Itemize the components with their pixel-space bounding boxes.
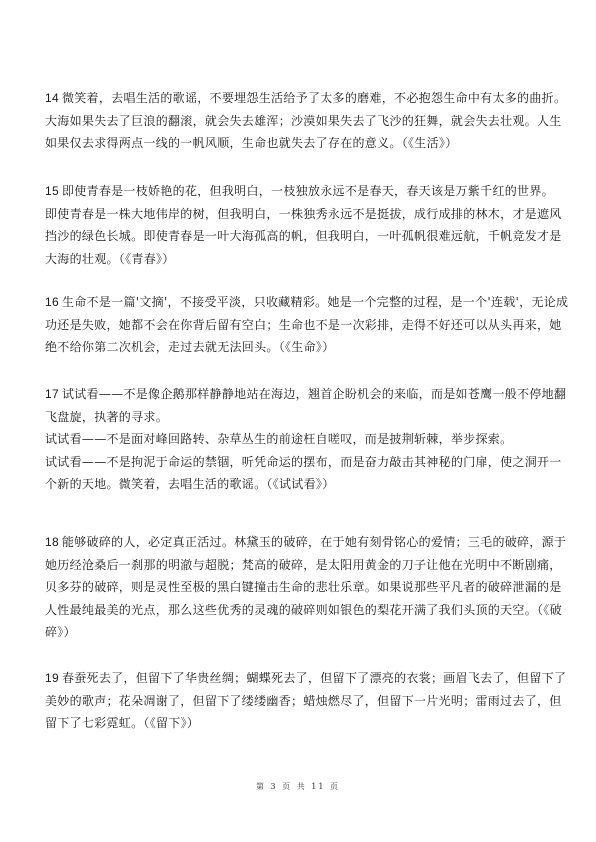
paragraph-line: 即使青春是一株大地伟岸的树，但我明白，一株独秀永远不是挺拔，成行成排的林木，才是… (45, 203, 551, 226)
page-footer: 第 3 页 共 11 页 (0, 781, 596, 792)
paragraph-18: 18能够破碎的人，必定真正活过。林黛玉的破碎，在于她有刻骨铭心的爱情；三毛的破碎… (45, 531, 551, 644)
paragraph-line: 18能够破碎的人，必定真正活过。林黛玉的破碎，在于她有刻骨铭心的爱情；三毛的破碎… (45, 531, 551, 554)
paragraph-number: 17 (45, 387, 59, 401)
paragraph-line: 试试看——不是面对峰回路转、杂草丛生的前途枉自嗟叹，而是披荆斩棘，举步探索。 (45, 428, 551, 451)
paragraph-line: 贝多芬的破碎，则是灵性至极的黑白键撞击生命的悲壮乐章。如果说那些平凡者的破碎泄漏… (45, 576, 551, 599)
paragraph-line: 14微笑着，去唱生活的歌谣，不要埋怨生活给予了太多的磨难，不必抱怨生命中有太多的… (45, 87, 551, 110)
paragraph-line: 她历经沧桑后一刹那的明澈与超脱；梵高的破碎，是太阳用黄金的刀子让他在光明中不断剧… (45, 554, 551, 577)
paragraph-line: 17试试看——不是像企鹅那样静静地站在海边，翘首企盼机会的来临，而是如苍鹰一般不… (45, 383, 551, 406)
paragraph-number: 19 (45, 671, 59, 685)
paragraph-line: 功还是失败，她都不会在你背后留有空白；生命也不是一次彩排，走得不好还可以从头再来… (45, 314, 551, 337)
page-indicator: 第 3 页 共 11 页 (256, 782, 340, 791)
paragraph-line: 大海如果失去了巨浪的翻滚，就会失去雄浑；沙漠如果失去了飞沙的狂舞，就会失去壮观。… (45, 110, 551, 133)
paragraph-line: 挡沙的绿色长城。即使青春是一叶大海孤高的帆，但我明白，一叶孤帆很难远航，千帆竞发… (45, 225, 551, 248)
paragraph-line: 美妙的歌声；花朵凋谢了，但留下了缕缕幽香；蜡烛燃尽了，但留下一片光明；雷雨过去了… (45, 690, 551, 713)
paragraph-19: 19春蚕死去了，但留下了华贵丝绸；蝴蝶死去了，但留下了漂亮的衣裳；画眉飞去了，但… (45, 667, 551, 735)
paragraph-line: 绝不给你第二次机会，走过去就无法回头。（《生命》） (45, 336, 551, 359)
paragraph-number: 18 (45, 535, 59, 549)
paragraph-number: 14 (45, 91, 59, 105)
paragraph-number: 15 (45, 184, 59, 198)
paragraph-line: 人性最纯最美的光点，那么这些优秀的灵魂的破碎则如银色的梨花开满了我们头顶的天空。… (45, 599, 551, 622)
paragraph-line: 如果仅去求得两点一线的一帆风顺，生命也就失去了存在的意义。（《生活》） (45, 132, 551, 155)
paragraph-line: 大海的壮观。（《青春》） (45, 248, 551, 271)
paragraph-number: 16 (45, 295, 59, 309)
paragraph-line: 留下了七彩霓虹。（《留下》） (45, 712, 551, 735)
paragraph-17: 17试试看——不是像企鹅那样静静地站在海边，翘首企盼机会的来临，而是如苍鹰一般不… (45, 383, 551, 496)
paragraph-line: 试试看——不是拘泥于命运的禁锢，听凭命运的摆布，而是奋力敲击其神秘的门扉，使之洞… (45, 451, 551, 474)
paragraph-line: 飞盘旋，执著的寻求。 (45, 406, 551, 429)
paragraph-line: 碎》） (45, 621, 551, 644)
paragraph-14: 14微笑着，去唱生活的歌谣，不要埋怨生活给予了太多的磨难，不必抱怨生命中有太多的… (45, 87, 551, 155)
paragraph-16: 16生命不是一篇'文摘'，不接受平淡，只收藏精彩。她是一个完整的过程，是一个'连… (45, 291, 551, 359)
paragraph-line: 15即使青春是一枝娇艳的花，但我明白，一枝独放永远不是春天，春天该是万紫千红的世… (45, 180, 551, 203)
paragraph-line: 19春蚕死去了，但留下了华贵丝绸；蝴蝶死去了，但留下了漂亮的衣裳；画眉飞去了，但… (45, 667, 551, 690)
paragraph-line: 16生命不是一篇'文摘'，不接受平淡，只收藏精彩。她是一个完整的过程，是一个'连… (45, 291, 551, 314)
paragraph-15: 15即使青春是一枝娇艳的花，但我明白，一枝独放永远不是春天，春天该是万紫千红的世… (45, 180, 551, 270)
paragraph-line: 个新的天地。微笑着，去唱生活的歌谣。（《试试看》） (45, 473, 551, 496)
